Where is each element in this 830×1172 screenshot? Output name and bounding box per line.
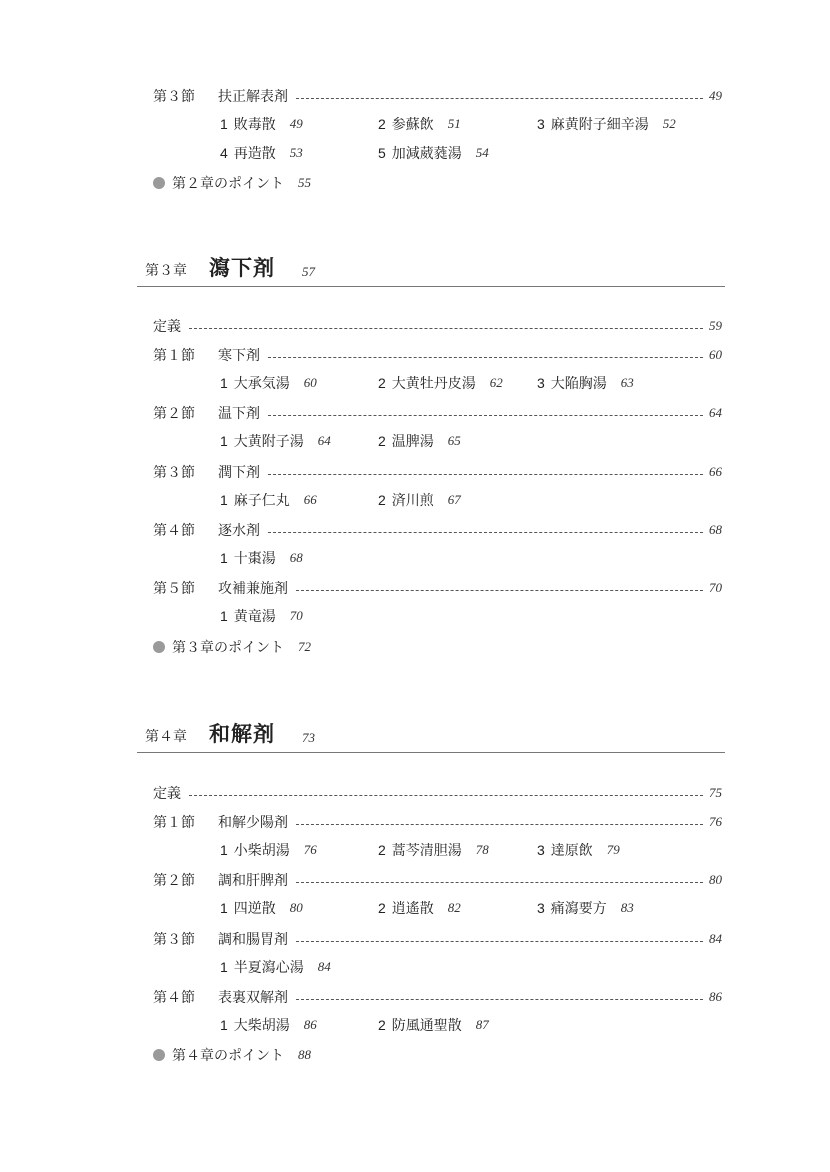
section-label: 第１節 bbox=[153, 812, 218, 832]
item-index: 1 bbox=[220, 492, 228, 508]
page-number: 53 bbox=[290, 145, 303, 161]
item-name: 大黄附子湯 bbox=[234, 431, 304, 451]
section-label: 第４節 bbox=[153, 987, 218, 1007]
point-label: 第３章のポイント bbox=[172, 637, 284, 657]
item-index: 1 bbox=[220, 550, 228, 566]
page-number: 59 bbox=[709, 318, 722, 334]
item-index: 1 bbox=[220, 842, 228, 858]
toc-section-row[interactable]: 第５節 攻補兼施剤 70 bbox=[153, 577, 722, 599]
item-index: 1 bbox=[220, 608, 228, 624]
item-name: 再造散 bbox=[234, 143, 276, 163]
item-name: 大承気湯 bbox=[234, 373, 290, 393]
toc-section-row[interactable]: 第２節 温下剤 64 bbox=[153, 402, 722, 424]
toc-section-row[interactable]: 第２節 調和肝脾剤 80 bbox=[153, 869, 722, 891]
page-number: 80 bbox=[290, 900, 303, 916]
item-name: 黄竜湯 bbox=[234, 606, 276, 626]
item-index: 3 bbox=[537, 375, 545, 391]
formula-item[interactable]: 1小柴胡湯76 bbox=[220, 839, 317, 861]
page-number: 64 bbox=[318, 433, 331, 449]
section-title: 潤下剤 bbox=[218, 462, 260, 482]
section-label: 第５節 bbox=[153, 578, 218, 598]
item-name: 大陥胸湯 bbox=[551, 373, 607, 393]
section-title: 和解少陽剤 bbox=[218, 812, 288, 832]
item-index: 5 bbox=[378, 145, 386, 161]
dot-leader bbox=[268, 357, 703, 358]
formula-list: 1半夏瀉心湯84 bbox=[220, 956, 740, 978]
formula-item[interactable]: 1四逆散80 bbox=[220, 897, 303, 919]
page-number: 65 bbox=[448, 433, 461, 449]
item-name: 麻黄附子細辛湯 bbox=[551, 114, 649, 134]
item-name: 防風通聖散 bbox=[392, 1015, 462, 1035]
formula-item[interactable]: 2大黄牡丹皮湯62 bbox=[378, 372, 503, 394]
formula-item[interactable]: 1敗毒散49 bbox=[220, 113, 303, 135]
page-number: 82 bbox=[448, 900, 461, 916]
formula-item[interactable]: 5加減葳蕤湯54 bbox=[378, 142, 489, 164]
page-number: 70 bbox=[709, 580, 722, 596]
page-number: 86 bbox=[304, 1017, 317, 1033]
formula-item[interactable]: 1半夏瀉心湯84 bbox=[220, 956, 331, 978]
page-number: 62 bbox=[490, 375, 503, 391]
section-label: 第３節 bbox=[153, 462, 218, 482]
dot-leader bbox=[189, 328, 703, 329]
page-number: 78 bbox=[476, 842, 489, 858]
item-name: 加減葳蕤湯 bbox=[392, 143, 462, 163]
item-name: 四逆散 bbox=[234, 898, 276, 918]
item-name: 蒿芩清胆湯 bbox=[392, 840, 462, 860]
formula-item[interactable]: 2逍遙散82 bbox=[378, 897, 461, 919]
dot-leader bbox=[189, 795, 703, 796]
page-number: 64 bbox=[709, 405, 722, 421]
item-index: 1 bbox=[220, 900, 228, 916]
section-title: 調和肝脾剤 bbox=[218, 870, 288, 890]
page-number: 87 bbox=[476, 1017, 489, 1033]
page-number: 63 bbox=[621, 375, 634, 391]
formula-item[interactable]: 1麻子仁丸66 bbox=[220, 489, 317, 511]
definition-label: 定義 bbox=[153, 783, 181, 803]
toc-definition-row[interactable]: 定義 59 bbox=[153, 315, 722, 337]
page-number: 73 bbox=[302, 730, 315, 746]
page-number: 49 bbox=[290, 116, 303, 132]
page-number: 49 bbox=[709, 88, 722, 104]
page-number: 66 bbox=[304, 492, 317, 508]
bullet-icon bbox=[153, 641, 165, 653]
dot-leader bbox=[268, 532, 703, 533]
formula-item[interactable]: 1黄竜湯70 bbox=[220, 605, 303, 627]
formula-item[interactable]: 2済川煎67 bbox=[378, 489, 461, 511]
formula-list: 1黄竜湯70 bbox=[220, 605, 740, 627]
dot-leader bbox=[296, 941, 703, 942]
page-number: 84 bbox=[709, 931, 722, 947]
formula-list: 1大承気湯60 2大黄牡丹皮湯62 3大陥胸湯63 bbox=[220, 372, 740, 394]
section-title: 逐水剤 bbox=[218, 520, 260, 540]
page-number: 83 bbox=[621, 900, 634, 916]
formula-list: 1四逆散80 2逍遙散82 3痛瀉要方83 bbox=[220, 897, 740, 919]
formula-item[interactable]: 2参蘇飲51 bbox=[378, 113, 461, 135]
formula-item[interactable]: 3達原飲79 bbox=[537, 839, 620, 861]
toc-definition-row[interactable]: 定義 75 bbox=[153, 782, 722, 804]
chapter-title: 和解剤 bbox=[209, 718, 275, 748]
page-number: 57 bbox=[302, 264, 315, 280]
dot-leader bbox=[268, 474, 703, 475]
section-label: 第１節 bbox=[153, 345, 218, 365]
formula-list: 1麻子仁丸66 2済川煎67 bbox=[220, 489, 740, 511]
formula-list: 4再造散53 5加減葳蕤湯54 bbox=[220, 142, 740, 164]
page-number: 75 bbox=[709, 785, 722, 801]
dot-leader bbox=[296, 98, 703, 99]
formula-list: 1敗毒散49 2参蘇飲51 3麻黄附子細辛湯52 bbox=[220, 113, 740, 135]
item-name: 麻子仁丸 bbox=[234, 490, 290, 510]
item-index: 1 bbox=[220, 116, 228, 132]
section-title: 攻補兼施剤 bbox=[218, 578, 288, 598]
section-label: 第３節 bbox=[153, 86, 218, 106]
formula-item[interactable]: 1十棗湯68 bbox=[220, 547, 303, 569]
item-name: 済川煎 bbox=[392, 490, 434, 510]
page-number: 88 bbox=[298, 1047, 311, 1063]
toc-section-row[interactable]: 第１節 寒下剤 60 bbox=[153, 344, 722, 366]
page-number: 55 bbox=[298, 175, 311, 191]
bullet-icon bbox=[153, 177, 165, 189]
dot-leader bbox=[296, 882, 703, 883]
formula-item[interactable]: 3痛瀉要方83 bbox=[537, 897, 634, 919]
section-title: 扶正解表剤 bbox=[218, 86, 288, 106]
formula-list: 1小柴胡湯76 2蒿芩清胆湯78 3達原飲79 bbox=[220, 839, 740, 861]
page-number: 68 bbox=[290, 550, 303, 566]
chapter-label: 第３章 bbox=[145, 260, 187, 280]
point-label: 第２章のポイント bbox=[172, 173, 284, 193]
section-title: 調和腸胃剤 bbox=[218, 929, 288, 949]
item-name: 温脾湯 bbox=[392, 431, 434, 451]
dot-leader bbox=[296, 590, 703, 591]
section-title: 表裏双解剤 bbox=[218, 987, 288, 1007]
page-number: 68 bbox=[709, 522, 722, 538]
formula-list: 1十棗湯68 bbox=[220, 547, 740, 569]
section-label: 第３節 bbox=[153, 929, 218, 949]
formula-item[interactable]: 1大承気湯60 bbox=[220, 372, 317, 394]
item-index: 3 bbox=[537, 116, 545, 132]
item-index: 4 bbox=[220, 145, 228, 161]
page-number: 60 bbox=[304, 375, 317, 391]
page-number: 66 bbox=[709, 464, 722, 480]
formula-item[interactable]: 3麻黄附子細辛湯52 bbox=[537, 113, 676, 135]
page-number: 86 bbox=[709, 989, 722, 1005]
item-index: 1 bbox=[220, 433, 228, 449]
item-name: 参蘇飲 bbox=[392, 114, 434, 134]
item-index: 1 bbox=[220, 1017, 228, 1033]
formula-list: 1大柴胡湯86 2防風通聖散87 bbox=[220, 1014, 740, 1036]
formula-item[interactable]: 3大陥胸湯63 bbox=[537, 372, 634, 394]
item-name: 大黄牡丹皮湯 bbox=[392, 373, 476, 393]
page-number: 51 bbox=[448, 116, 461, 132]
item-name: 半夏瀉心湯 bbox=[234, 957, 304, 977]
page-number: 70 bbox=[290, 608, 303, 624]
toc-section-row[interactable]: 第３節 調和腸胃剤 84 bbox=[153, 928, 722, 950]
definition-label: 定義 bbox=[153, 316, 181, 336]
chapter-point[interactable]: 第４章のポイント 88 bbox=[153, 1044, 311, 1066]
item-name: 痛瀉要方 bbox=[551, 898, 607, 918]
section-label: 第２節 bbox=[153, 870, 218, 890]
page-number: 79 bbox=[607, 842, 620, 858]
item-name: 達原飲 bbox=[551, 840, 593, 860]
item-index: 2 bbox=[378, 433, 386, 449]
point-label: 第４章のポイント bbox=[172, 1045, 284, 1065]
page-number: 72 bbox=[298, 639, 311, 655]
item-index: 2 bbox=[378, 492, 386, 508]
formula-item[interactable]: 2温脾湯65 bbox=[378, 430, 461, 452]
item-index: 2 bbox=[378, 116, 386, 132]
formula-item[interactable]: 1大黄附子湯64 bbox=[220, 430, 331, 452]
bullet-icon bbox=[153, 1049, 165, 1061]
formula-item[interactable]: 2防風通聖散87 bbox=[378, 1014, 489, 1036]
item-index: 3 bbox=[537, 900, 545, 916]
page-number: 54 bbox=[476, 145, 489, 161]
item-index: 1 bbox=[220, 959, 228, 975]
dot-leader bbox=[268, 415, 703, 416]
section-title: 寒下剤 bbox=[218, 345, 260, 365]
page-number: 67 bbox=[448, 492, 461, 508]
item-name: 逍遙散 bbox=[392, 898, 434, 918]
item-name: 大柴胡湯 bbox=[234, 1015, 290, 1035]
page-number: 76 bbox=[304, 842, 317, 858]
chapter-label: 第４章 bbox=[145, 726, 187, 746]
chapter-point[interactable]: 第３章のポイント 72 bbox=[153, 636, 311, 658]
chapter-heading[interactable]: 第４章 和解剤 73 bbox=[137, 718, 725, 753]
chapter-title: 瀉下剤 bbox=[209, 252, 275, 282]
chapter-point[interactable]: 第２章のポイント 55 bbox=[153, 172, 311, 194]
dot-leader bbox=[296, 824, 703, 825]
item-name: 十棗湯 bbox=[234, 548, 276, 568]
item-index: 3 bbox=[537, 842, 545, 858]
section-label: 第２節 bbox=[153, 403, 218, 423]
page-number: 80 bbox=[709, 872, 722, 888]
section-title: 温下剤 bbox=[218, 403, 260, 423]
item-name: 敗毒散 bbox=[234, 114, 276, 134]
formula-list: 1大黄附子湯64 2温脾湯65 bbox=[220, 430, 740, 452]
item-index: 2 bbox=[378, 900, 386, 916]
formula-item[interactable]: 1大柴胡湯86 bbox=[220, 1014, 317, 1036]
item-index: 1 bbox=[220, 375, 228, 391]
page-number: 76 bbox=[709, 814, 722, 830]
chapter-heading[interactable]: 第３章 瀉下剤 57 bbox=[137, 252, 725, 287]
formula-item[interactable]: 2蒿芩清胆湯78 bbox=[378, 839, 489, 861]
page-number: 52 bbox=[663, 116, 676, 132]
toc-section-row[interactable]: 第１節 和解少陽剤 76 bbox=[153, 811, 722, 833]
toc-section-row[interactable]: 第４節 表裏双解剤 86 bbox=[153, 986, 722, 1008]
item-name: 小柴胡湯 bbox=[234, 840, 290, 860]
page-number: 60 bbox=[709, 347, 722, 363]
toc-section-row[interactable]: 第３節 扶正解表剤 49 bbox=[153, 85, 722, 107]
item-index: 2 bbox=[378, 842, 386, 858]
item-index: 2 bbox=[378, 1017, 386, 1033]
item-index: 2 bbox=[378, 375, 386, 391]
section-label: 第４節 bbox=[153, 520, 218, 540]
formula-item[interactable]: 4再造散53 bbox=[220, 142, 303, 164]
page-number: 84 bbox=[318, 959, 331, 975]
toc-section-row[interactable]: 第３節 潤下剤 66 bbox=[153, 461, 722, 483]
toc-section-row[interactable]: 第４節 逐水剤 68 bbox=[153, 519, 722, 541]
dot-leader bbox=[296, 999, 703, 1000]
